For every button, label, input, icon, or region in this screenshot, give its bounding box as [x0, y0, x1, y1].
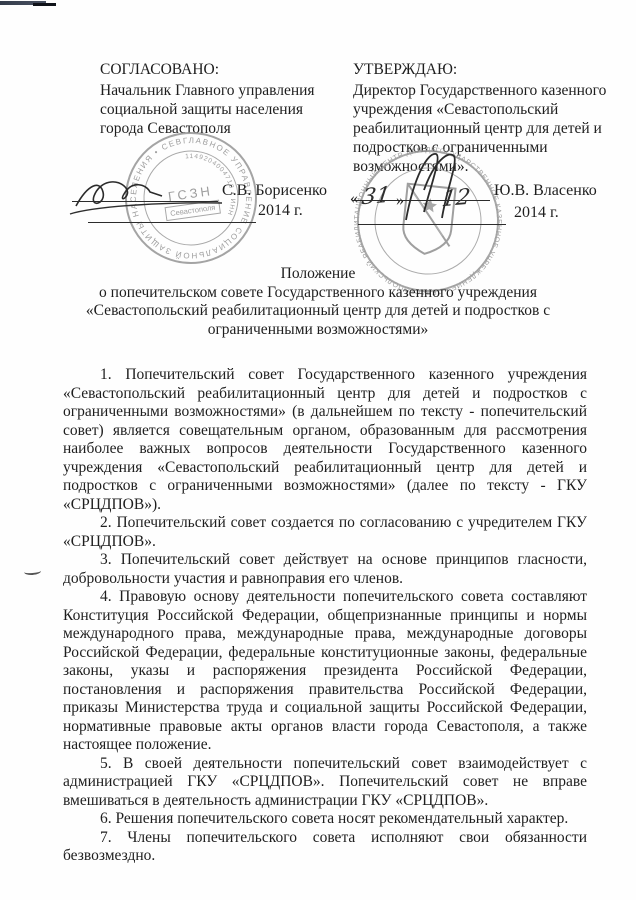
title-line: Положение: [0, 265, 636, 284]
year-label-left: 2014 г.: [258, 202, 303, 220]
utverzhdayu-line: реабилитационный центр для детей и: [353, 119, 621, 138]
paragraph-7: 7. Члены попечительского совета исполняю…: [63, 829, 587, 866]
scanned-document-page: СОГЛАСОВАНО: Начальник Главного управлен…: [0, 0, 636, 900]
signatory-name-left: С.В. Борисенко: [222, 182, 327, 200]
scan-artifact-smudge: [24, 567, 41, 575]
paragraph-4: 4. Правовую основу деятельности попечите…: [63, 588, 587, 755]
date-open-quote: «: [350, 190, 358, 208]
handwritten-day: 31: [360, 183, 392, 210]
paragraph-2: 2. Попечительский совет создается по сог…: [63, 514, 587, 551]
title-line: ограниченными возможностями»: [0, 321, 636, 340]
signatory-name-right: Ю.В. Власенко: [494, 182, 597, 200]
paragraph-5: 5. В своей деятельности попечительский с…: [63, 755, 587, 811]
scan-artifact-bar: [33, 3, 56, 6]
year-label-right: 2014 г.: [514, 204, 559, 222]
paragraph-3: 3. Попечительский совет действует на осн…: [63, 551, 587, 588]
soglasovano-heading: СОГЛАСОВАНО:: [100, 60, 345, 79]
document-body: 1. Попечительский совет Государственного…: [63, 366, 587, 866]
soglasovano-line: социальной защиты населения: [100, 100, 345, 119]
soglasovano-line: Начальник Главного управления: [100, 81, 345, 100]
utverzhdayu-line: Директор Государственного казенного: [353, 81, 621, 100]
title-line: о попечительском совете Государственного…: [0, 284, 636, 303]
utverzhdayu-line: учреждения «Севастопольский: [353, 100, 621, 119]
document-title: Положение о попечительском совете Госуда…: [0, 265, 636, 339]
utverzhdayu-heading: УТВЕРЖДАЮ:: [353, 60, 621, 79]
title-line: «Севастопольский реабилитационный центр …: [0, 302, 636, 321]
handwritten-signature-left: [66, 172, 226, 222]
paragraph-1: 1. Попечительский совет Государственного…: [63, 366, 587, 514]
paragraph-6: 6. Решения попечительского совета носят …: [63, 810, 587, 829]
handwritten-signature-right: [398, 146, 468, 226]
date-line: [88, 222, 256, 223]
